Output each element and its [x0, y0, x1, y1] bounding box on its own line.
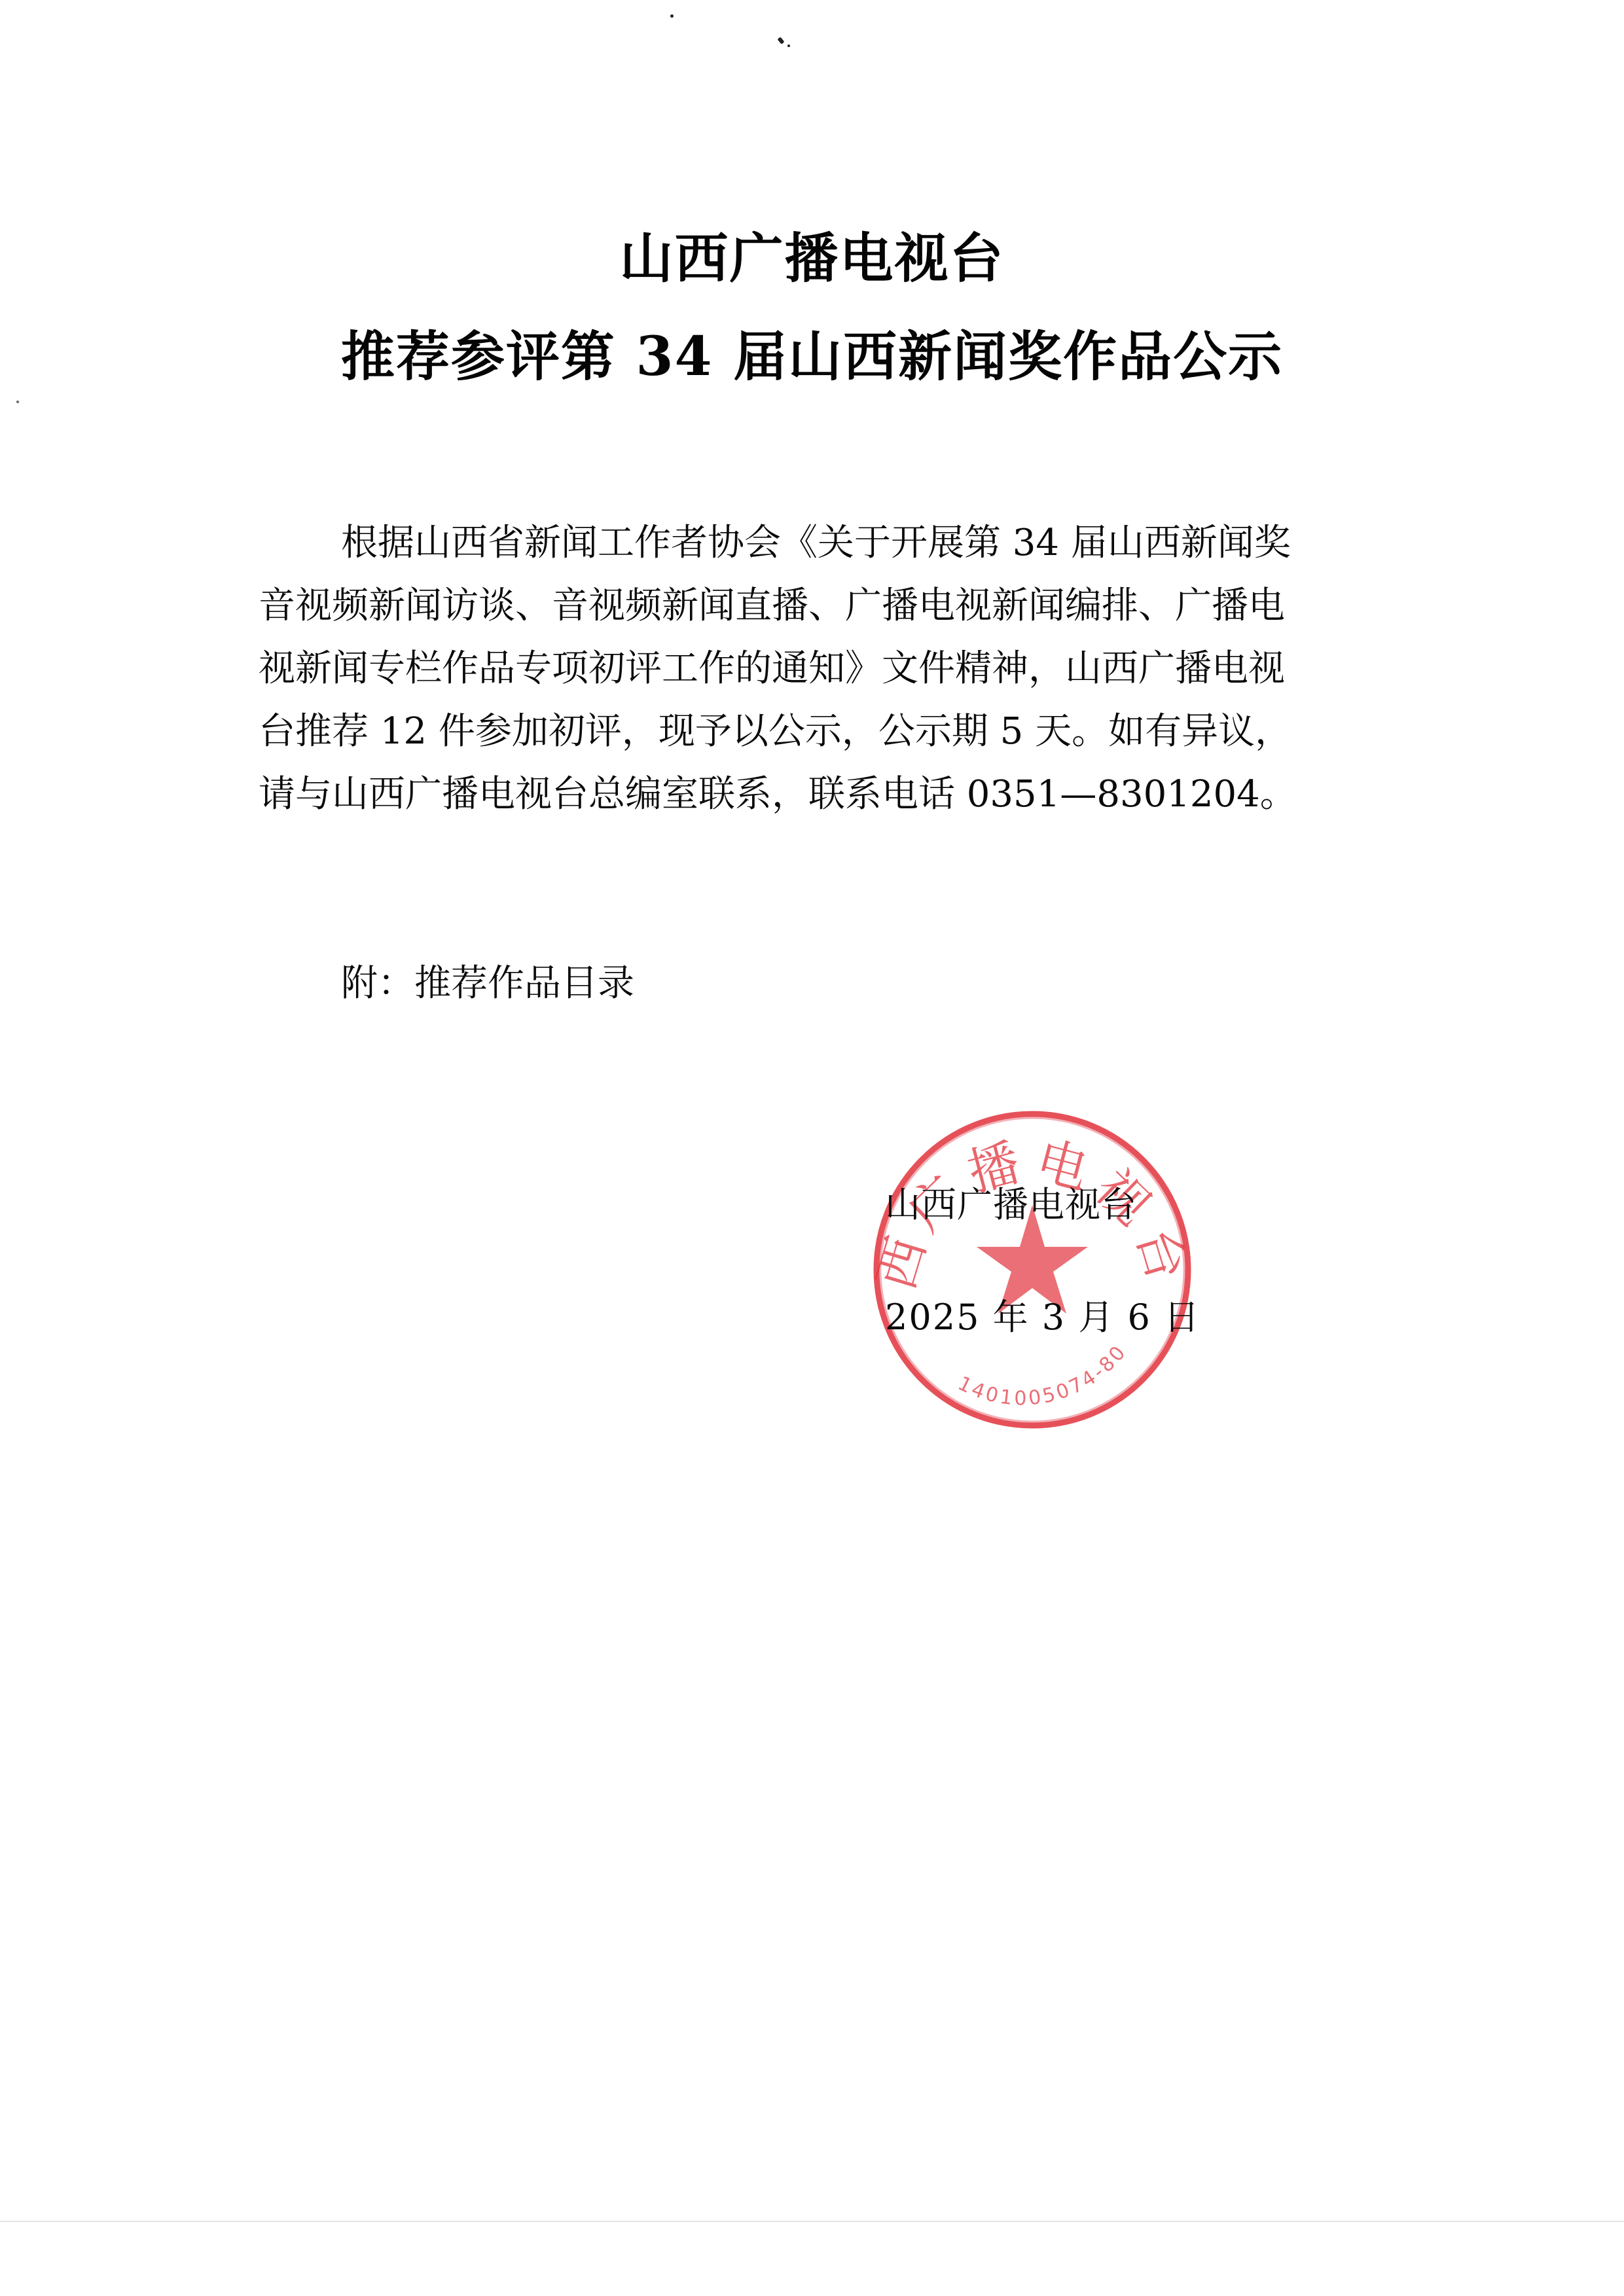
body-line: 视新闻专栏作品专项初评工作的通知》文件精神，山西广播电视: [259, 637, 1398, 700]
signature-date: 2025 年 3 月 6 日: [885, 1295, 1200, 1340]
document-title-notice: 推荐参评第 34 届山西新闻奖作品公示: [0, 324, 1624, 389]
body-line: 请与山西广播电视台总编室联系，联系电话 0351—8301204。: [259, 763, 1398, 826]
document-title-organization: 山西广播电视台: [0, 226, 1624, 291]
scan-speck: [16, 401, 19, 403]
scan-edge-line: [0, 2221, 1624, 2222]
official-seal-stamp: 西广播电视台 1401005074-80: [871, 1108, 1195, 1432]
body-line: 根据山西省新闻工作者协会《关于开展第 34 届山西新闻奖: [259, 512, 1398, 575]
scan-speck: [777, 37, 784, 45]
svg-text:1401005074-80: 1401005074-80: [954, 1340, 1132, 1410]
signature-organization: 山西广播电视台: [885, 1182, 1137, 1228]
body-line: 音视频新闻访谈、音视频新闻直播、广播电视新闻编排、广播电: [259, 575, 1398, 637]
scan-speck: [787, 45, 790, 47]
attachment-note: 附：推荐作品目录: [341, 952, 634, 1015]
notice-body-paragraph: 根据山西省新闻工作者协会《关于开展第 34 届山西新闻奖 音视频新闻访谈、音视频…: [259, 512, 1398, 826]
body-line: 台推荐 12 件参加初评，现予以公示，公示期 5 天。如有异议，: [259, 700, 1398, 763]
scan-speck: [670, 14, 674, 18]
